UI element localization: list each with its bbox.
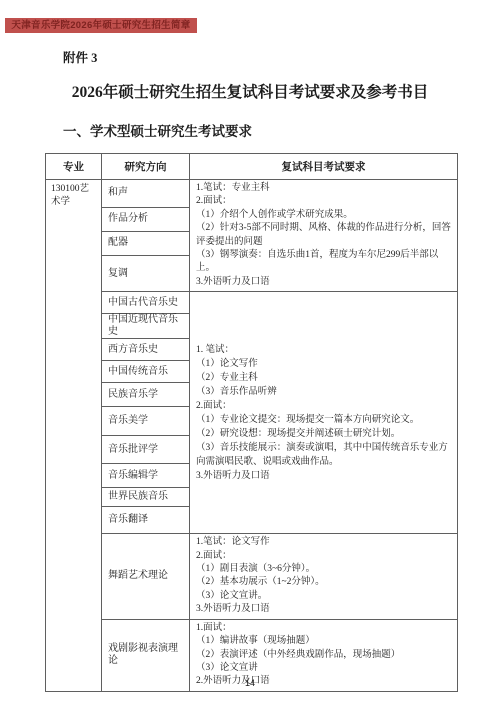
direction-cell: 中国近现代音乐史 bbox=[102, 314, 190, 339]
major-cell: 130100艺术学 bbox=[46, 180, 102, 692]
table-row: 中国古代音乐史 1. 笔试： （1）论文写作 （2）专业主科 （3）音乐作品听辨… bbox=[46, 292, 458, 314]
direction-cell: 音乐批评学 bbox=[102, 436, 190, 464]
document-page: 天津音乐学院2026年硕士研究生招生简章 附件 3 2026年硕士研究生招生复试… bbox=[0, 0, 500, 707]
table-header-row: 专业 研究方向 复试科目考试要求 bbox=[46, 154, 458, 180]
attachment-label: 附件 3 bbox=[63, 48, 97, 66]
table-row: 舞蹈艺术理论 1.笔试：论文写作 2.面试： （1）剧目表演（3~6分钟）。 （… bbox=[46, 534, 458, 619]
header-banner: 天津音乐学院2026年硕士研究生招生简章 bbox=[5, 18, 197, 33]
section-heading: 一、学术型硕士研究生考试要求 bbox=[63, 120, 252, 140]
direction-cell: 民族音乐学 bbox=[102, 383, 190, 407]
column-header-requirements: 复试科目考试要求 bbox=[190, 154, 458, 180]
requirements-cell-group2: 1. 笔试： （1）论文写作 （2）专业主科 （3）音乐作品听辨 2.面试： （… bbox=[190, 292, 458, 534]
requirements-cell-group1: 1.笔试：专业主科 2.面试： （1）介绍个人创作或学术研究成果。 （2）针对3… bbox=[190, 180, 458, 292]
direction-cell: 和声 bbox=[102, 180, 190, 208]
table-row: 130100艺术学 和声 1.笔试：专业主科 2.面试： （1）介绍个人创作或学… bbox=[46, 180, 458, 208]
direction-cell: 配器 bbox=[102, 231, 190, 255]
column-header-major: 专业 bbox=[46, 154, 102, 180]
exam-requirements-table: 专业 研究方向 复试科目考试要求 130100艺术学 和声 1.笔试：专业主科 … bbox=[45, 153, 458, 692]
direction-cell: 作品分析 bbox=[102, 207, 190, 231]
direction-cell: 世界民族音乐 bbox=[102, 488, 190, 507]
direction-cell: 音乐编辑学 bbox=[102, 464, 190, 488]
direction-cell: 舞蹈艺术理论 bbox=[102, 534, 190, 619]
direction-cell: 西方音乐史 bbox=[102, 339, 190, 361]
direction-cell: 中国传统音乐 bbox=[102, 361, 190, 383]
direction-cell: 音乐美学 bbox=[102, 407, 190, 436]
column-header-direction: 研究方向 bbox=[102, 154, 190, 180]
requirements-cell-group3: 1.笔试：论文写作 2.面试： （1）剧目表演（3~6分钟）。 （2）基本功展示… bbox=[190, 534, 458, 619]
direction-cell: 音乐翻译 bbox=[102, 507, 190, 534]
page-title: 2026年硕士研究生招生复试科目考试要求及参考书目 bbox=[0, 80, 500, 102]
direction-cell: 复调 bbox=[102, 256, 190, 292]
page-number: 14 bbox=[0, 678, 500, 688]
direction-cell: 中国古代音乐史 bbox=[102, 292, 190, 314]
